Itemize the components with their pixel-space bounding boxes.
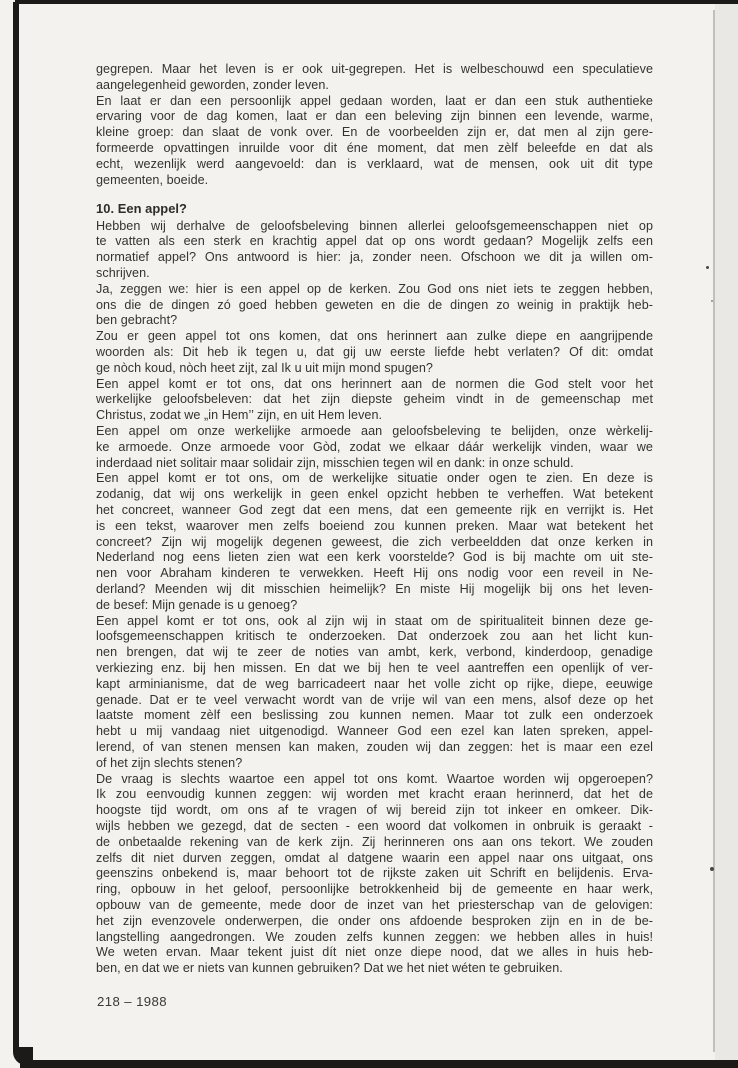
- text-line: ge nòch koud, nòch heet zijt, zal Ik u u…: [96, 361, 653, 377]
- text-line: normatief appel? Ons antwoord is hier: j…: [96, 250, 653, 266]
- text-line: lerend, of van stenen mensen kan maken, …: [96, 740, 653, 756]
- scan-border-left: [13, 2, 19, 1052]
- text-line: verkiezing enz. bij hen missen. En dat w…: [96, 661, 653, 677]
- text-line: ervaring voor de dag komen, laat er dan …: [96, 109, 653, 125]
- text-line: zelfs dit niet durven zeggen, omdat al d…: [96, 851, 653, 867]
- text-line: de besef: Mijn genade is u genoeg?: [96, 598, 653, 614]
- text-line: nen brengen, dat wij te zeer de noties v…: [96, 645, 653, 661]
- text-line: De vraag is slechts waartoe een appel to…: [96, 772, 653, 788]
- text-line: loofsgemeenschappen kritisch te onderzoe…: [96, 629, 653, 645]
- scan-speck: [711, 300, 713, 302]
- text-line: Zou er geen appel tot ons komen, dat ons…: [96, 329, 653, 345]
- scan-border-bottom: [20, 1060, 738, 1068]
- text-line: ben, en dat we er niets van kunnen gebru…: [96, 961, 653, 977]
- text-line: hoogste tijd wordt, om ons af te vragen …: [96, 803, 653, 819]
- text-line: Een appel om onze werkelijke armoede aan…: [96, 424, 653, 440]
- text-line: hebt u mij vandaag niet uitgenodigd. Wan…: [96, 724, 653, 740]
- body-text-after-heading: Hebben wij derhalve de geloofsbeleving b…: [96, 219, 653, 977]
- text-line: Een appel komt er tot ons, ook al zijn w…: [96, 614, 653, 630]
- text-line: de onbetaalde rekening van de kerk zijn.…: [96, 835, 653, 851]
- next-page-edge: [715, 4, 738, 1060]
- text-line: nen voor Abraham kinderen te verwekken. …: [96, 566, 653, 582]
- text-line: genade. Dat er te veel verwacht wordt va…: [96, 693, 653, 709]
- text-line: werkelijke geloofsbeleven: dat het zijn …: [96, 392, 653, 408]
- scanned-book-page: gegrepen. Maar het leven is er ook uit-g…: [0, 0, 738, 1068]
- page-number: 218 – 1988: [97, 994, 167, 1009]
- text-line: ons die de dingen zó goed hebben geweten…: [96, 298, 653, 314]
- text-line: gemeenten, boeide.: [96, 173, 653, 189]
- text-line: woorden als: Dit heb ik tegen u, dat gij…: [96, 345, 653, 361]
- text-line: We weten ervan. Maar tekent juist dít ni…: [96, 945, 653, 961]
- text-line: ring, opbouw in het geloof, persoonlijke…: [96, 882, 653, 898]
- text-line: Nederland nog eens lieten zien wat een k…: [96, 550, 653, 566]
- text-line: opbouw van de gemeente, mede door de inz…: [96, 898, 653, 914]
- text-line: kapt arminianisme, dat de weg barricadee…: [96, 677, 653, 693]
- text-line: Een appel komt er tot ons, dat ons herin…: [96, 377, 653, 393]
- body-text-column: gegrepen. Maar het leven is er ook uit-g…: [96, 62, 653, 977]
- text-line: Ja, zeggen we: hier is een appel op de k…: [96, 282, 653, 298]
- scan-speck: [706, 266, 709, 269]
- text-line: of het zijn slechts stenen?: [96, 756, 653, 772]
- text-line: schrijven.: [96, 266, 653, 282]
- page-edge-line: [713, 10, 715, 1052]
- text-line: En laat er dan een persoonlijk appel ged…: [96, 94, 653, 110]
- text-line: Ik zou eenvoudig kunnen zeggen: wij word…: [96, 787, 653, 803]
- text-line: kleine groep: dan slaat de vonk over. En…: [96, 125, 653, 141]
- text-line: het zijn evenzovele onderwerpen, die ond…: [96, 914, 653, 930]
- text-line: aangelegenheid geworden, zonder leven.: [96, 78, 653, 94]
- text-line: te vatten als een sterk en krachtig appe…: [96, 234, 653, 250]
- text-line: echt, wezenlijk werd aangevoeld: dan is …: [96, 157, 653, 173]
- text-line: langstelling aangedrongen. We zouden zel…: [96, 930, 653, 946]
- section-heading: 10. Een appel?: [96, 201, 653, 217]
- text-line: laatste moment zèlf een beslissing zou k…: [96, 708, 653, 724]
- text-line: inderdaad niet solitair maar solidair zi…: [96, 456, 653, 472]
- text-line: het concreet, wanneer God zegt dat een m…: [96, 503, 653, 519]
- text-line: geenszins onbekend is, maar behoort tot …: [96, 866, 653, 882]
- text-line: formeerde opvattingen inruilde voor dit …: [96, 141, 653, 157]
- scan-border-top: [15, 0, 727, 4]
- text-line: derland? Meenden wij dit misschien heime…: [96, 582, 653, 598]
- text-line: wijls hebben we gezegd, dat de secten - …: [96, 819, 653, 835]
- text-line: Hebben wij derhalve de geloofsbeleving b…: [96, 219, 653, 235]
- text-line: gegrepen. Maar het leven is er ook uit-g…: [96, 62, 653, 78]
- text-line: ben gebracht?: [96, 313, 653, 329]
- text-line: is een tekst, waarover men zelfs boeiend…: [96, 519, 653, 535]
- text-line: concreet? Zijn wij mogelijk degenen gewe…: [96, 535, 653, 551]
- body-text-before-heading: gegrepen. Maar het leven is er ook uit-g…: [96, 62, 653, 188]
- scan-speck: [710, 867, 714, 871]
- text-line: zodanig, dat wij ons werkelijk in geen e…: [96, 487, 653, 503]
- text-line: Een appel komt er tot ons, om de werkeli…: [96, 471, 653, 487]
- text-line: Christus, zodat we „in Hem’’ zijn, en ui…: [96, 408, 653, 424]
- text-line: ke armoede. Onze armoede voor Gòd, zodat…: [96, 440, 653, 456]
